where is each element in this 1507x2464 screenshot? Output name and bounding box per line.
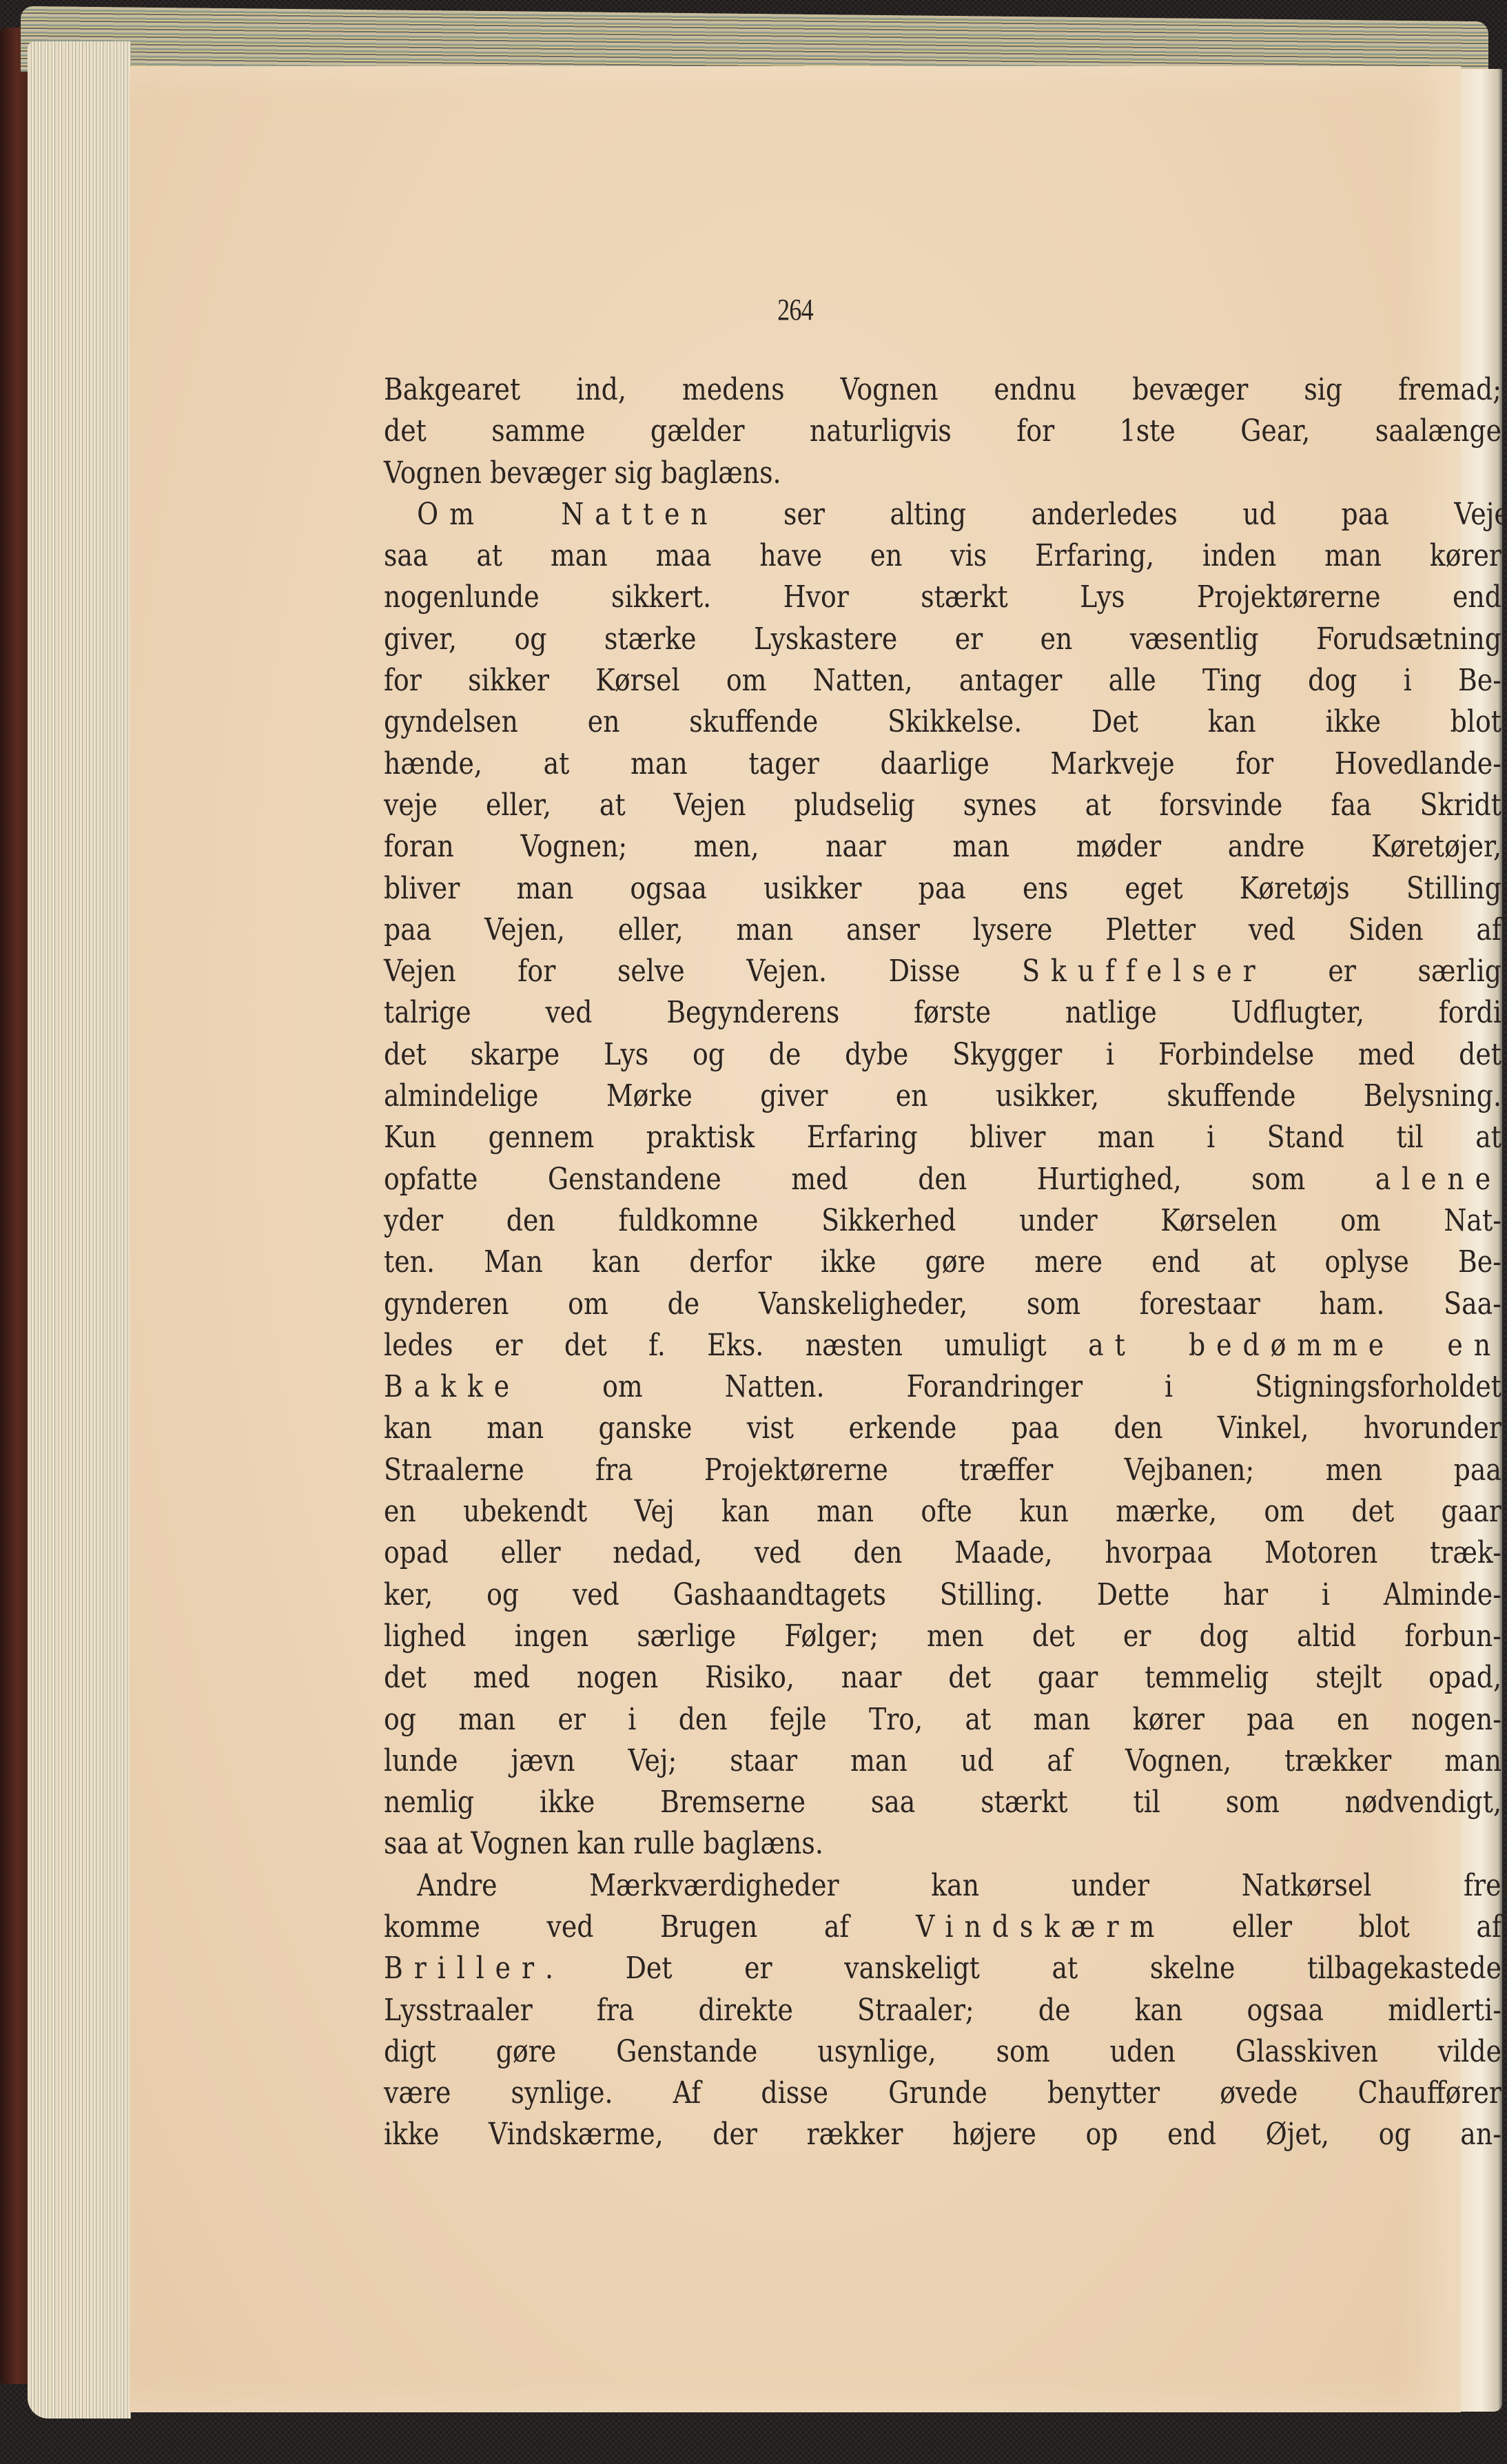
text-line: almindelige Mørke giver en usikker, skuf… <box>384 1076 1501 1117</box>
text-line: og man er i den fejle Tro, at man kører … <box>384 1699 1501 1741</box>
text-line: ledes er det f. Eks. næsten umuligt at b… <box>384 1325 1501 1366</box>
text-line: det skarpe Lys og de dybe Skygger i Forb… <box>384 1034 1501 1076</box>
emphasized-spaced-text: Vindskærm <box>916 1909 1165 1944</box>
text-line: gyndelsen en skuffende Skikkelse. Det ka… <box>384 701 1501 743</box>
book-page: 264 Bakgearet ind, medens Vognen endnu b… <box>130 66 1461 2412</box>
text-line: foran Vognen; men, naar man møder andre … <box>384 826 1501 867</box>
text-line: Briller. Det er vanskeligt at skelne til… <box>384 1948 1501 1989</box>
text-line: saa at Vognen kan rulle baglæns. <box>384 1823 1501 1865</box>
text-line: komme ved Brugen af Vindskærm eller blot… <box>384 1907 1501 1948</box>
text-line: Vognen bevæger sig baglæns. <box>384 453 1501 494</box>
text-line: gynderen om de Vanskeligheder, som fores… <box>384 1284 1501 1325</box>
text-line: Vejen for selve Vejen. Disse Skuffelser … <box>384 951 1501 992</box>
text-line: saa at man maa have en vis Erfaring, ind… <box>384 535 1501 577</box>
text-line: opad eller nedad, ved den Maade, hvorpaa… <box>384 1532 1501 1574</box>
text-line: en ubekendt Vej kan man ofte kun mærke, … <box>384 1491 1501 1532</box>
text-line: for sikker Kørsel om Natten, antager all… <box>384 660 1501 701</box>
emphasized-spaced-text: Bakke <box>384 1369 520 1404</box>
text-line: hænde, at man tager daarlige Markveje fo… <box>384 743 1501 785</box>
text-line: talrige ved Begynderens første natlige U… <box>384 992 1501 1034</box>
text-line: Om Natten ser alting anderledes ud paa V… <box>384 494 1507 535</box>
text-line: lighed ingen særlige Følger; men det er … <box>384 1616 1501 1657</box>
emphasized-spaced-text: Skuffelser <box>1022 954 1267 989</box>
text-line: Andre Mærkværdigheder kan under Natkørse… <box>384 1865 1507 1907</box>
text-line: det samme gælder naturligvis for 1ste Ge… <box>384 411 1501 452</box>
text-line: det med nogen Risiko, naar det gaar temm… <box>384 1657 1501 1698</box>
text-line: ker, og ved Gashaandtagets Stilling. Det… <box>384 1574 1501 1616</box>
text-line: lunde jævn Vej; staar man ud af Vognen, … <box>384 1741 1501 1782</box>
text-line: paa Vejen, eller, man anser lysere Plett… <box>384 910 1501 951</box>
text-line: digt gøre Genstande usynlige, som uden G… <box>384 2031 1501 2073</box>
text-line: kan man ganske vist erkende paa den Vink… <box>384 1408 1501 1449</box>
emphasized-spaced-text: Om Natten <box>417 497 718 532</box>
text-line: Bakke om Natten. Forandringer i Stigning… <box>384 1366 1501 1408</box>
text-line: være synlige. Af disse Grunde benytter ø… <box>384 2073 1501 2114</box>
text-line: bliver man ogsaa usikker paa ens eget Kø… <box>384 868 1501 910</box>
text-line: ten. Man kan derfor ikke gøre mere end a… <box>384 1242 1501 1283</box>
page-number: 264 <box>249 292 1341 327</box>
body-text: Bakgearet ind, medens Vognen endnu bevæg… <box>384 369 1501 2156</box>
text-line: Kun gennem praktisk Erfaring bliver man … <box>384 1117 1501 1158</box>
text-line: Straalerne fra Projektørerne træffer Vej… <box>384 1450 1501 1491</box>
emphasized-spaced-text: Briller <box>384 1951 545 1986</box>
text-line: nogenlunde sikkert. Hvor stærkt Lys Proj… <box>384 577 1501 618</box>
text-line: giver, og stærke Lyskastere er en væsent… <box>384 619 1501 660</box>
text-line: opfatte Genstandene med den Hurtighed, s… <box>384 1159 1501 1200</box>
text-line: yder den fuldkomne Sikkerhed under Kørse… <box>384 1200 1501 1242</box>
emphasized-spaced-text: at bedømme en <box>1088 1328 1501 1363</box>
text-line: ikke Vindskærme, der rækker højere op en… <box>384 2114 1501 2155</box>
text-line: Bakgearet ind, medens Vognen endnu bevæg… <box>384 369 1501 411</box>
text-line: Lysstraaler fra direkte Straaler; de kan… <box>384 1990 1501 2031</box>
text-line: nemlig ikke Bremserne saa stærkt til som… <box>384 1782 1501 1823</box>
text-line: veje eller, at Vejen pludselig synes at … <box>384 785 1501 826</box>
page-stack-left-edge <box>28 41 131 2419</box>
emphasized-spaced-text: alene <box>1375 1162 1501 1197</box>
